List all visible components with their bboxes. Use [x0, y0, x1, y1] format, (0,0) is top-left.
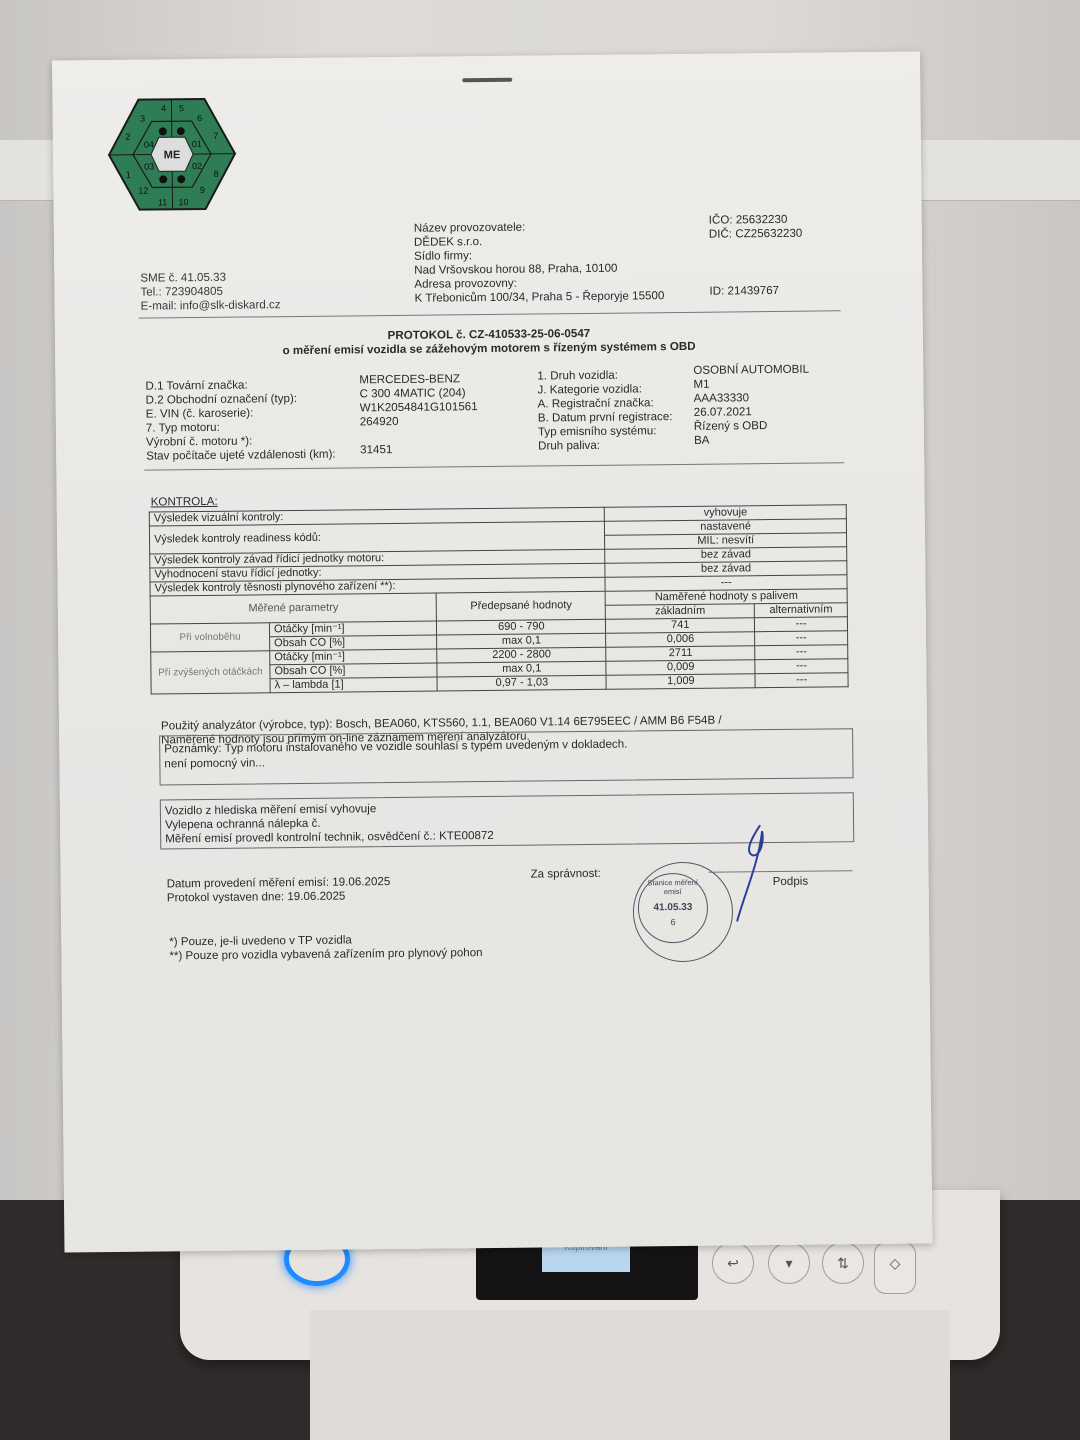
station-phone: Tel.: 723904805: [140, 284, 280, 299]
vehicle-field-value: 31451: [360, 442, 478, 457]
result-technician: Měření emisí provedl kontrolní technik, …: [165, 829, 494, 846]
group-idle: Při volnoběhu: [150, 623, 269, 652]
basic-value: 1,009: [606, 674, 755, 690]
svg-text:12: 12: [138, 186, 148, 196]
header-basic-fuel: základním: [606, 604, 755, 620]
svg-text:01: 01: [192, 139, 202, 149]
emission-station-logo-icon: ME 45 67 89 1011 121 23 0401 0203: [106, 97, 237, 212]
header-prescribed: Předepsané hodnoty: [436, 591, 605, 621]
vehicle-field-value: M1: [693, 377, 809, 392]
basic-value: 741: [606, 618, 755, 634]
param-name: λ – lambda [1]: [270, 677, 437, 693]
vehicle-field-label: J. Kategorie vozidla:: [537, 382, 672, 397]
dates: Datum provedení měření emisí: 19.06.2025…: [167, 875, 391, 905]
dic-number: DIČ: CZ25632230: [709, 227, 803, 242]
operator-tax-ids: IČO: 25632230 DIČ: CZ25632230: [709, 213, 803, 242]
vehicle-field-label: Druh paliva:: [538, 438, 673, 453]
svg-text:11: 11: [158, 197, 167, 207]
svg-text:1: 1: [126, 170, 131, 180]
basic-value: 0,006: [606, 632, 755, 648]
svg-text:5: 5: [179, 103, 184, 113]
alt-value: ---: [755, 631, 848, 646]
stamp-number: 41.05.33: [639, 902, 707, 914]
station-stamp: Stanice měření emisí 41.05.33 6: [632, 861, 733, 962]
footnotes: *) Pouze, je-li uvedeno v TP vozidla **)…: [169, 932, 482, 963]
alt-value: ---: [755, 617, 848, 632]
svg-text:9: 9: [200, 185, 205, 195]
vehicle-divider: [144, 462, 844, 470]
basic-value: 0,009: [606, 660, 755, 676]
vehicle-field-value: BA: [694, 433, 810, 448]
paper-tray: [310, 1310, 950, 1440]
stamp-inner-ring: Stanice měření emisí 41.05.33 6: [638, 873, 709, 944]
vehicle-field-label: 1. Druh vozidla:: [537, 368, 672, 383]
svg-text:4: 4: [161, 103, 166, 113]
vehicle-field-value: MERCEDES-BENZ: [359, 372, 477, 387]
vehicle-field-value: W1K2054841G101561: [360, 400, 478, 415]
alt-value: ---: [755, 645, 848, 660]
notes-line-1: Poznámky: Typ motoru instalovaného ve vo…: [164, 738, 627, 757]
staple-icon: [462, 78, 512, 83]
svg-text:ME: ME: [164, 149, 181, 161]
operator-address: K Třebonicům 100/34, Praha 5 - Řeporyje …: [414, 289, 664, 306]
vehicle-field-label: Stav počítače ujeté vzdálenosti (km):: [146, 448, 336, 464]
measurement-date: Datum provedení měření emisí: 19.06.2025: [167, 875, 391, 891]
svg-text:04: 04: [144, 139, 154, 149]
issue-date: Protokol vystaven dne: 19.06.2025: [167, 889, 391, 905]
svg-text:8: 8: [214, 169, 219, 179]
start-button-icon[interactable]: ◇: [874, 1242, 916, 1294]
vehicle-field-value: Řízený s OBD: [694, 419, 810, 434]
station-info: SME č. 41.05.33 Tel.: 723904805 E-mail: …: [140, 270, 280, 313]
vehicle-field-value: OSOBNÍ AUTOMOBIL: [693, 363, 809, 378]
alt-value: ---: [755, 673, 848, 688]
svg-text:6: 6: [197, 113, 202, 123]
svg-text:10: 10: [178, 197, 188, 207]
group-high-rpm: Při zvýšených otáčkách: [151, 651, 270, 694]
kontrola-heading: KONTROLA:: [151, 495, 218, 510]
vehicle-field-label: B. Datum první registrace:: [538, 410, 673, 425]
vehicle-field-value: 264920: [360, 414, 478, 429]
control-results-table: Výsledek vizuální kontroly: vyhovuje Výs…: [149, 504, 849, 694]
vehicle-field-value: C 300 4MATIC (204): [359, 386, 477, 401]
operator-id: ID: 21439767: [709, 284, 779, 299]
vehicle-field-value: 26.07.2021: [694, 405, 810, 420]
footnote-2: **) Pouze pro vozidla vybavená zařízením…: [169, 946, 482, 963]
correctness-label: Za správnost:: [531, 867, 601, 882]
vehicle-field-label: A. Registrační značka:: [538, 396, 673, 411]
basic-value: 2711: [606, 646, 755, 662]
copy-button-icon[interactable]: ⇅: [822, 1242, 864, 1284]
vehicle-field-label: Typ emisního systému:: [538, 424, 673, 439]
vehicle-labels-right: 1. Druh vozidla:J. Kategorie vozidla:A. …: [537, 368, 673, 453]
alt-value: ---: [755, 659, 848, 674]
operator-info: Název provozovatele: DĚDEK s.r.o. Sídlo …: [414, 219, 665, 306]
result-verdict: Vozidlo z hlediska měření emisí vyhovuje: [165, 802, 377, 818]
notes-box: Poznámky: Typ motoru instalovaného ve vo…: [159, 728, 853, 785]
vehicle-values-right: OSOBNÍ AUTOMOBILM1AAA3333026.07.2021Říze…: [693, 363, 810, 448]
header-measured-params: Měřené parametry: [150, 593, 437, 624]
vehicle-labels-left: D.1 Tovární značka:D.2 Obchodní označení…: [145, 378, 335, 464]
stamp-ring-text: Stanice měření emisí: [639, 878, 707, 897]
stamp-sub: 6: [639, 917, 707, 928]
notes-line-2: není pomocný vin...: [164, 756, 265, 771]
svg-text:2: 2: [125, 132, 130, 142]
station-email: E-mail: info@slk-diskard.cz: [141, 298, 281, 313]
svg-text:3: 3: [140, 114, 145, 124]
svg-text:7: 7: [213, 131, 218, 141]
vehicle-values-left: MERCEDES-BENZC 300 4MATIC (204)W1K205484…: [359, 372, 478, 457]
prescribed-value: 0,97 - 1,03: [437, 675, 606, 691]
svg-text:03: 03: [144, 161, 154, 171]
back-button-icon[interactable]: ↩: [712, 1242, 754, 1284]
svg-text:02: 02: [192, 161, 202, 171]
down-button-icon[interactable]: ▾: [768, 1242, 810, 1284]
header-alt-fuel: alternativním: [755, 603, 848, 618]
emission-protocol-document: ME 45 67 89 1011 121 23 0401 0203 SME č.…: [52, 51, 932, 1252]
protocol-title: PROTOKOL č. CZ-410533-25-06-0547 o měřen…: [55, 323, 923, 360]
sme-number: SME č. 41.05.33: [140, 270, 280, 285]
vehicle-field-value: AAA33330: [694, 391, 810, 406]
vehicle-field-value: [360, 428, 478, 443]
handwritten-signature-icon: [730, 823, 781, 924]
ico-number: IČO: 25632230: [709, 213, 803, 228]
